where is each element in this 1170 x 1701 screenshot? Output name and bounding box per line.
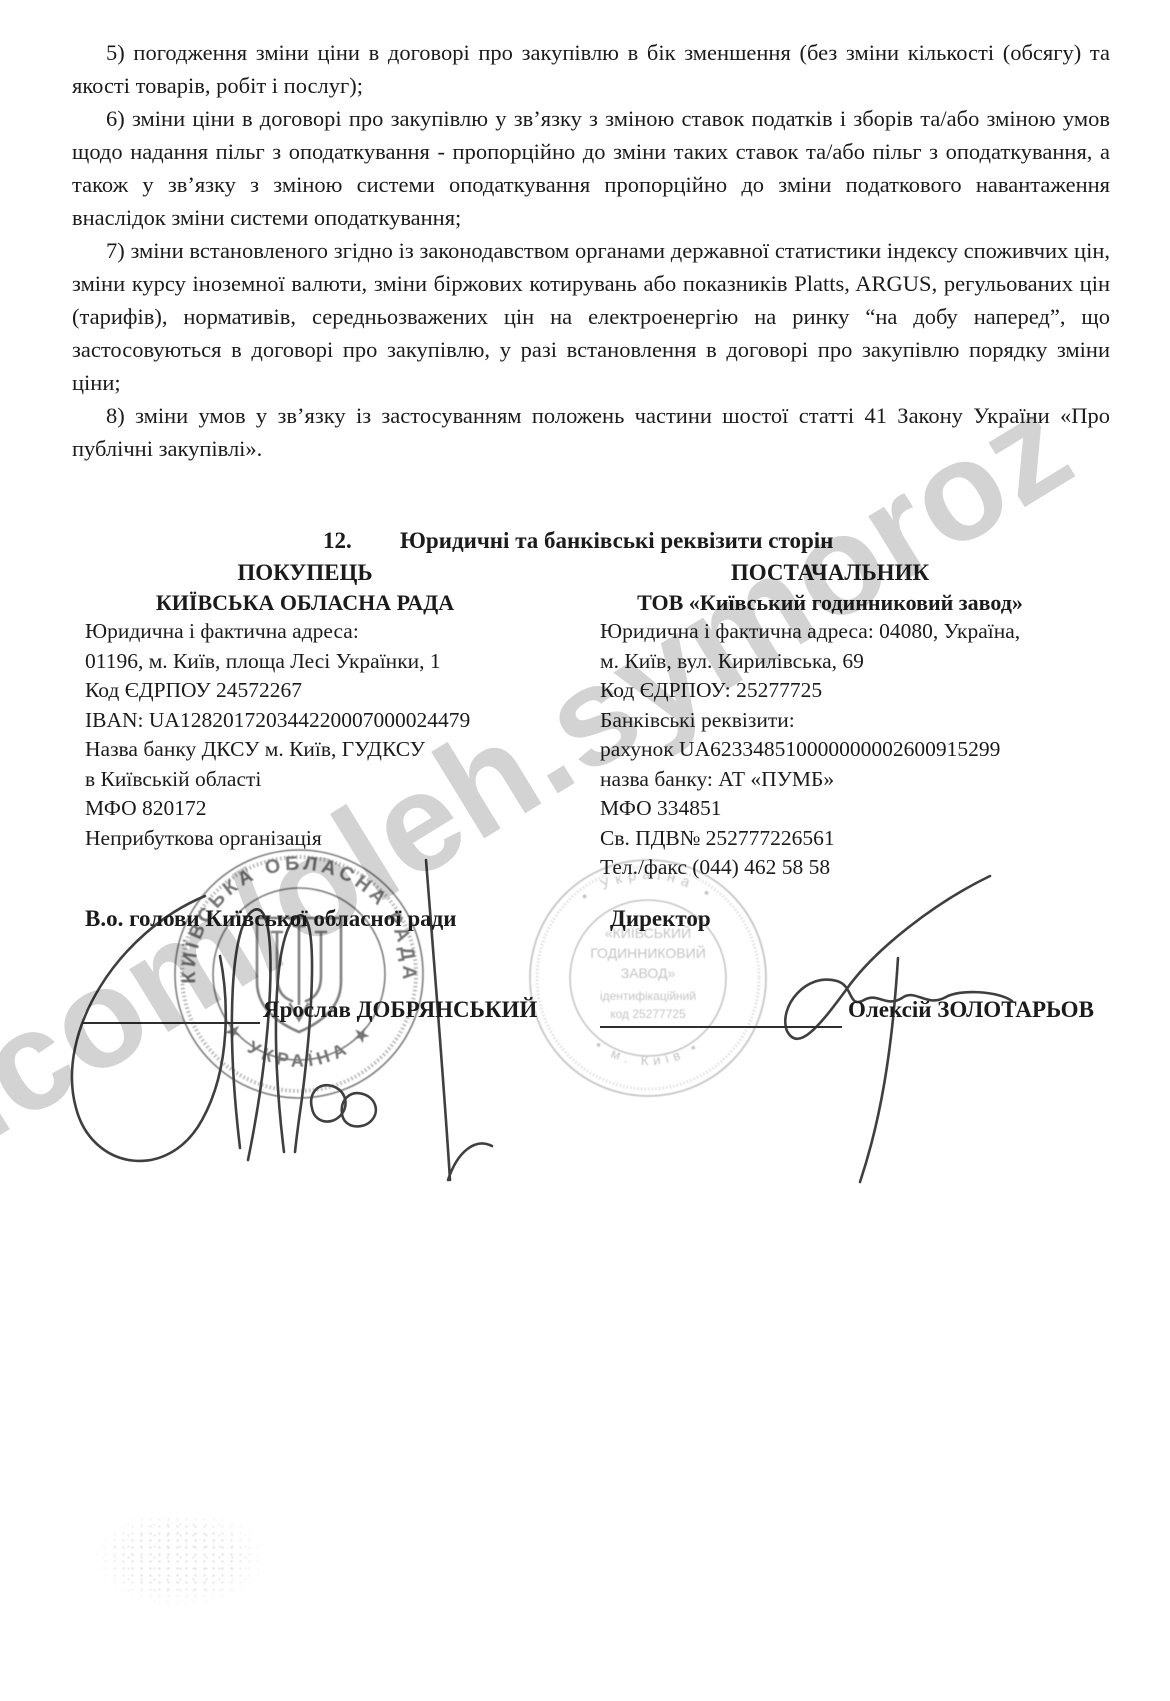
svg-text:ідентифікаційний: ідентифікаційний [600,989,696,1003]
supplier-round-seal: • Україна • • м. Київ • «КИЇВСЬКИЙ ГОДИН… [523,853,773,1103]
buyer-signatory-title: В.о. голови Київської обласної ради [85,906,457,932]
contract-clauses: 5) погодження зміни ціни в договорі про … [72,36,1110,465]
buyer-role-heading: ПОКУПЕЦЬ [85,558,525,588]
buyer-round-seal: КИЇВСЬКА ОБЛАСНА РАДА ★ УКРАЇНА ★ [168,843,430,1105]
buyer-details: Юридична і фактична адреса:01196, м. Киї… [85,617,525,853]
clause-paragraph: 8) зміни умов у зв’язку із застосуванням… [72,399,1110,465]
supplier-detail-line: Юридична і фактична адреса: 04080, Украї… [600,617,1060,647]
buyer-detail-line: МФО 820172 [85,794,525,824]
buyer-column: ПОКУПЕЦЬ КИЇВСЬКА ОБЛАСНА РАДА Юридична … [85,558,525,853]
buyer-detail-line: Назва банку ДКСУ м. Київ, ГУДКСУ [85,735,525,765]
buyer-detail-line: Код ЄДРПОУ 24572267 [85,676,525,706]
svg-text:★ УКРАЇНА ★: ★ УКРАЇНА ★ [221,1019,378,1071]
supplier-role-heading: ПОСТАЧАЛЬНИК [600,558,1060,588]
supplier-signatory-name: Олексій ЗОЛОТАРЬОВ [848,997,1094,1023]
buyer-detail-line: IBAN: UA128201720344220007000024479 [85,706,525,736]
clause-paragraph: 6) зміни ціни в договорі про закупівлю у… [72,102,1110,234]
clause-paragraph: 5) погодження зміни ціни в договорі про … [72,36,1110,102]
svg-text:ГОДИННИКОВИЙ: ГОДИННИКОВИЙ [590,944,706,961]
supplier-detail-line: Св. ПДВ№ 252777226561 [600,824,1060,854]
svg-text:код 25277725: код 25277725 [610,1007,686,1021]
buyer-signatory-name: Ярослав ДОБРЯНСЬКИЙ [263,997,537,1023]
buyer-name: КИЇВСЬКА ОБЛАСНА РАДА [85,588,525,618]
buyer-detail-line: Юридична і фактична адреса: [85,617,525,647]
supplier-detail-line: м. Київ, вул. Кирилівська, 69 [600,647,1060,677]
supplier-signatory-title: Директор [610,906,711,932]
supplier-detail-line: назва банку: АТ «ПУМБ» [600,765,1060,795]
supplier-detail-line: Банківські реквізити: [600,706,1060,736]
buyer-detail-line: 01196, м. Київ, площа Лесі Українки, 1 [85,647,525,677]
supplier-detail-line: Код ЄДРПОУ: 25277725 [600,676,1060,706]
supplier-column: ПОСТАЧАЛЬНИК ТОВ «Київський годинниковий… [600,558,1060,883]
buyer-signature-line [82,1022,260,1024]
clause-paragraph: 7) зміни встановленого згідно із законод… [72,234,1110,399]
svg-text:ЗАВОД»: ЗАВОД» [621,965,676,981]
supplier-detail-line: МФО 334851 [600,794,1060,824]
supplier-details: Юридична і фактична адреса: 04080, Украї… [600,617,1060,883]
supplier-detail-line: рахунок UA623348510000000002600915299 [600,735,1060,765]
supplier-name: ТОВ «Київський годинниковий завод» [600,588,1060,618]
section-number: 12. [323,528,352,554]
supplier-detail-line: Тел./факс (044) 462 58 58 [600,853,1060,883]
svg-text:• м. Київ •: • м. Київ • [592,1037,703,1068]
supplier-seal-center-text: «КИЇВСЬКИЙ ГОДИННИКОВИЙ ЗАВОД» ідентифік… [590,924,706,1021]
faint-stamp-remnant [92,1516,268,1608]
signature-stroke-right [785,876,1012,1182]
supplier-signature-line [600,1026,842,1028]
buyer-seal-bottom-text: ★ УКРАЇНА ★ [221,1019,378,1071]
buyer-detail-line: в Київській області [85,765,525,795]
buyer-detail-line: Неприбуткова організація [85,824,525,854]
supplier-seal-bottom-text: • м. Київ • [592,1037,703,1068]
section-title: Юридичні та банківські реквізити сторін [400,528,833,554]
scanned-contract-page: { "page": { "background": "#ffffff", "in… [0,0,1170,1701]
